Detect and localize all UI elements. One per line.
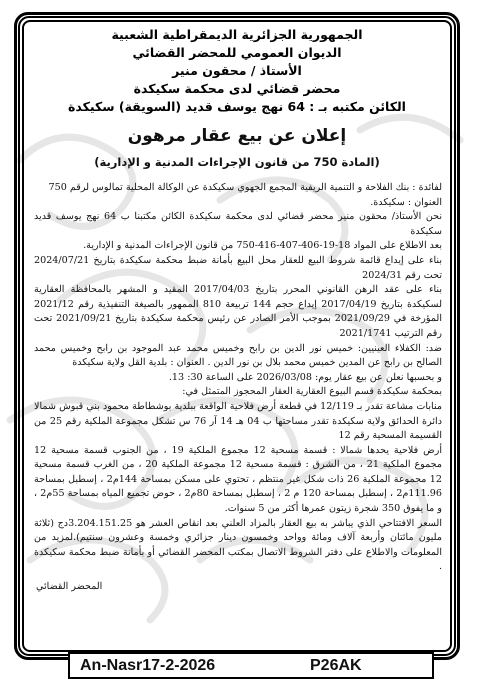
- paragraph-against-guarantors: ضد: الكفلاء العينيين: خميس نور الدين بن …: [34, 342, 442, 371]
- header-line-court: محضر قضائي لدى محكمة سكيكدة: [26, 80, 448, 98]
- paragraph-conditions-deposit: بناء على إيداع قائمة شروط البيع للعقار م…: [34, 254, 442, 283]
- publication-code: P26AK: [310, 657, 362, 675]
- notice-title: إعلان عن بيع عقار مرهون: [26, 124, 448, 148]
- paragraph-beneficiary-address: العنوان : سكيكدة.: [34, 196, 442, 211]
- paragraph-mortgage-contract: بناء على عقد الرهن القانوني المحرر بتاري…: [34, 283, 442, 341]
- paragraph-sale-date: و بحسبها نعلن عن بيع عقار يوم: 2026/03/0…: [34, 371, 442, 386]
- paragraph-bailiff: نحن الأستاذ/ محقون منير محضر قضائي لدى م…: [34, 210, 442, 239]
- notice-subtitle: (المادة 750 من قانون الإجراءات المدنية و…: [26, 153, 448, 171]
- header-line-bailiff-name: الأستاذ / محقون منير: [26, 62, 448, 80]
- paragraph-property-shares: منابات مشاعة تقدر بـ 12/119 في قطعة أرض …: [34, 400, 442, 444]
- header-line-office: الديوان العمومي للمحضر القضائي: [26, 44, 448, 62]
- paragraph-legal-articles: بعد الاطلاع على المواد 18-19-406-407-416…: [34, 239, 442, 254]
- paragraph-court-section: بمحكمة سكيكدة قسم البيوع العقارية العقار…: [34, 385, 442, 400]
- paragraph-opening-price: السعر الافتتاحي الذي يباشر به بيع العقار…: [34, 517, 442, 575]
- legal-notice: الجمهورية الجزائرية الديمقراطية الشعبية …: [26, 24, 448, 646]
- signature: المحضر القضائي: [26, 581, 448, 592]
- notice-body: لفائدة : بنك الفلاحة و التنمية الريفية ا…: [26, 181, 448, 575]
- publication-reference-box: An-Nasr17-2-2026 P26AK: [68, 652, 434, 679]
- header-line-republic: الجمهورية الجزائرية الديمقراطية الشعبية: [26, 26, 448, 44]
- header-line-address: الكائن مكتبه بـ : 64 نهج يوسف قديد (السو…: [26, 98, 448, 116]
- notice-header: الجمهورية الجزائرية الديمقراطية الشعبية …: [26, 26, 448, 116]
- paragraph-property-boundaries: أرض فلاحية يحدها شمالا : قسمة مسحية 12 م…: [34, 444, 442, 517]
- paragraph-beneficiary: لفائدة : بنك الفلاحة و التنمية الريفية ا…: [34, 181, 442, 196]
- publication-date-ref: An-Nasr17-2-2026: [80, 657, 310, 675]
